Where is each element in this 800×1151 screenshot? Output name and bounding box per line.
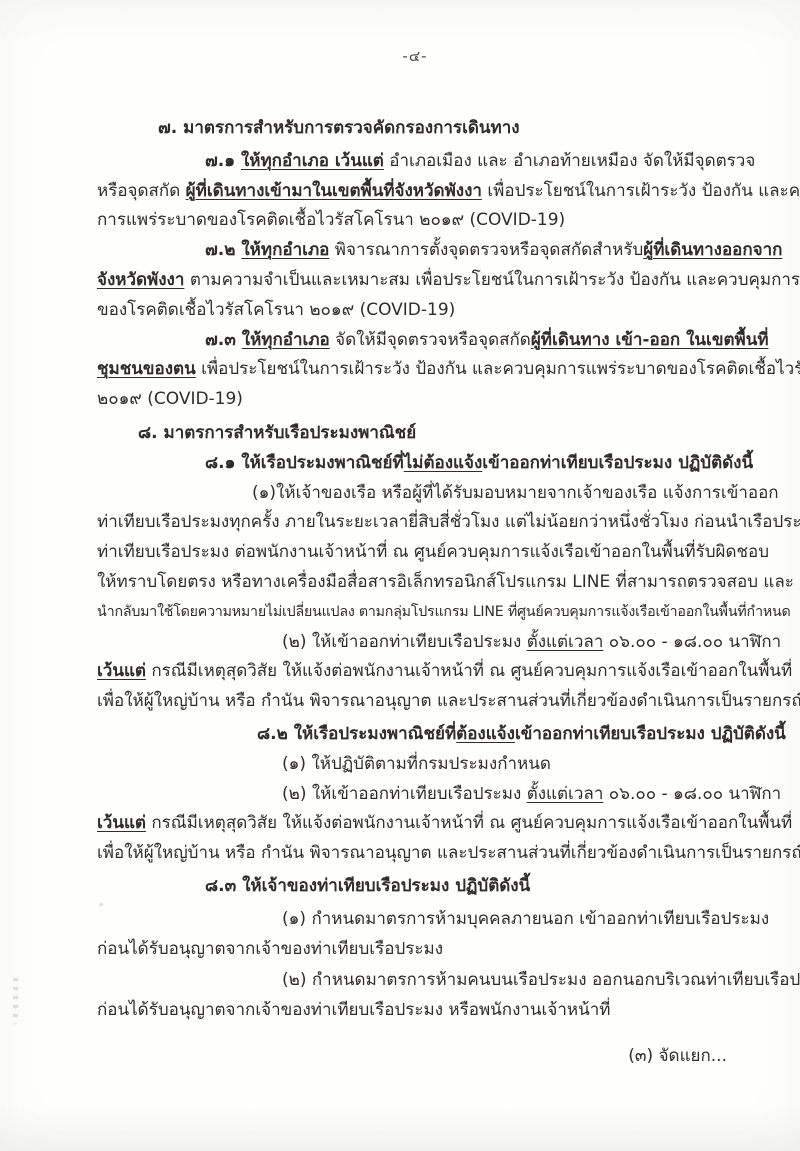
text-line: ของโรคติดเชื้อไวรัสโคโรนา ๒๐๑๙ (COVID-19… — [97, 296, 725, 326]
text-line: ชุมชนของตน เพื่อประโยชน์ในการเฝ้าระวัง ป… — [97, 355, 725, 385]
text-segment: หรือจุดสกัด — [97, 181, 186, 201]
text-segment: (๑) ให้ปฏิบัติตามที่กรมประมงกำหนด — [282, 754, 551, 774]
text-segment: ต้องแจ้ง — [456, 724, 515, 744]
text-segment: เพื่อประโยชน์ในการเฝ้าระวัง ป้องกัน และค… — [196, 359, 800, 379]
text-segment: เข้าออกท่าเทียบเรือประมง ปฏิบัติดังนี้ — [515, 724, 786, 744]
text-segment: เว้นแต่ — [97, 813, 146, 833]
text-line: ๗.๓ ให้ทุกอำเภอ จัดให้มีจุดตรวจหรือจุดสก… — [205, 326, 725, 356]
text-segment: การแพร่ระบาดของโรคติดเชื้อไวรัสโคโรนา ๒๐… — [97, 210, 565, 230]
text-segment: ๘.๑ ให้เรือประมงพาณิชย์ที่ — [205, 453, 404, 473]
text-segment: อำเภอเมือง และ อำเภอท้ายเหมือง จัดให้มีจ… — [384, 151, 755, 171]
text-segment: เพื่อให้ผู้ใหญ่บ้าน หรือ กำนัน พิจารณาอน… — [97, 691, 800, 711]
text-line: (๑) ให้ปฏิบัติตามที่กรมประมงกำหนด — [282, 750, 725, 780]
text-segment: เว้นแต่ — [97, 661, 146, 681]
text-segment: จัดให้มีจุดตรวจหรือจุดสกัด — [330, 330, 531, 350]
text-segment: ตามความจำเป็นและเหมาะสม เพื่อประโยชน์ในก… — [184, 270, 800, 290]
text-segment: พิจารณาการตั้งจุดตรวจหรือจุดสกัดสำหรับ — [329, 240, 643, 260]
text-segment: ๗. มาตรการสำหรับการตรวจคัดกรองการเดินทาง — [158, 118, 520, 138]
text-line: (๑)ให้เจ้าของเรือ หรือผู้ที่ได้รับมอบหมา… — [252, 479, 725, 509]
text-segment: ๒๐๑๙ (COVID-19) — [97, 389, 243, 409]
text-segment: ชุมชนของตน — [97, 359, 196, 379]
text-segment: ผู้ที่เดินทางเข้ามาในเขตพื้นที่จังหวัดพั… — [186, 181, 482, 201]
text-line: หรือจุดสกัด ผู้ที่เดินทางเข้ามาในเขตพื้น… — [97, 177, 725, 207]
text-segment: ก่อนได้รับอนุญาตจากเจ้าของท่าเทียบเรือปร… — [97, 939, 443, 959]
text-segment: (๒) กำหนดมาตรการห้ามคนบนเรือประมง ออกนอก… — [282, 970, 800, 990]
text-segment: เพื่อประโยชน์ในการเฝ้าระวัง ป้องกัน และค… — [482, 181, 800, 201]
scan-artifact-smudge — [13, 978, 18, 1024]
text-line: เพื่อให้ผู้ใหญ่บ้าน หรือ กำนัน พิจารณาอน… — [97, 839, 725, 869]
text-segment: (๒) ให้เข้าออกท่าเทียบเรือประมง — [282, 632, 527, 652]
text-line: ๘.๑ ให้เรือประมงพาณิชย์ที่ไม่ต้องแจ้งเข้… — [205, 449, 725, 479]
text-segment: ๘.๓ ให้เจ้าของท่าเทียบเรือประมง ปฏิบัติด… — [205, 876, 530, 896]
text-line: ก่อนได้รับอนุญาตจากเจ้าของท่าเทียบเรือปร… — [97, 996, 725, 1026]
scanned-page: -๔- ๗. มาตรการสำหรับการตรวจคัดกรองการเดิ… — [0, 0, 800, 1151]
text-line: ก่อนได้รับอนุญาตจากเจ้าของท่าเทียบเรือปร… — [97, 935, 725, 965]
text-segment: ผู้ที่เดินทางออกจาก — [643, 240, 782, 260]
text-segment: ท่าเทียบเรือประมงทุกครั้ง ภายในระยะเวลาย… — [97, 512, 800, 532]
text-segment: (๑)ให้เจ้าของเรือ หรือผู้ที่ได้รับมอบหมา… — [252, 483, 779, 503]
text-segment: ผู้ที่เดินทาง เข้า-ออก ในเขตพื้นที่ — [531, 330, 769, 350]
text-line: (๒) กำหนดมาตรการห้ามคนบนเรือประมง ออกนอก… — [282, 966, 725, 996]
text-segment: (๑) กำหนดมาตรการห้ามบุคคลภายนอก เข้าออกท… — [282, 909, 769, 929]
text-line: ๒๐๑๙ (COVID-19) — [97, 385, 725, 415]
text-segment: ท่าเทียบเรือประมง ต่อพนักงานเจ้าหน้าที่ … — [97, 542, 769, 562]
text-line: (๑) กำหนดมาตรการห้ามบุคคลภายนอก เข้าออกท… — [282, 905, 725, 935]
text-line: ๗. มาตรการสำหรับการตรวจคัดกรองการเดินทาง — [158, 114, 725, 144]
text-line: ๗.๑ ให้ทุกอำเภอ เว้นแต่ อำเภอเมือง และ อ… — [205, 147, 725, 177]
page-number: -๔- — [0, 44, 800, 68]
text-segment: ไม่ต้องแจ้ง — [404, 453, 483, 473]
text-segment: ๗.๑ — [205, 151, 241, 171]
text-segment: เพื่อให้ผู้ใหญ่บ้าน หรือ กำนัน พิจารณาอน… — [97, 843, 800, 863]
text-line: นำกลับมาใช้โดยความหมายไม่เปลี่ยนแปลง ตาม… — [97, 598, 725, 628]
text-line: จังหวัดพังงา ตามความจำเป็นและเหมาะสม เพื… — [97, 266, 725, 296]
text-segment: ๗.๒ — [205, 240, 241, 260]
text-segment: (๒) ให้เข้าออกท่าเทียบเรือประมง — [282, 784, 527, 804]
text-segment: ให้ทุกอำเภอ — [241, 240, 329, 260]
text-segment: ๘. มาตรการสำหรับเรือประมงพาณิชย์ — [138, 423, 416, 443]
text-line: เว้นแต่ กรณีมีเหตุสุดวิสัย ให้แจ้งต่อพนั… — [97, 809, 725, 839]
text-line: (๒) ให้เข้าออกท่าเทียบเรือประมง ตั้งแต่เ… — [282, 628, 725, 658]
text-segment: นำกลับมาใช้โดยความหมายไม่เปลี่ยนแปลง ตาม… — [97, 604, 791, 620]
text-segment: ตั้งแต่เวลา — [527, 632, 604, 652]
text-line: ท่าเทียบเรือประมงทุกครั้ง ภายในระยะเวลาย… — [97, 508, 725, 538]
text-segment: ๗.๓ — [205, 330, 242, 350]
text-line: การแพร่ระบาดของโรคติดเชื้อไวรัสโคโรนา ๒๐… — [97, 206, 725, 236]
text-line: เพื่อให้ผู้ใหญ่บ้าน หรือ กำนัน พิจารณาอน… — [97, 687, 725, 717]
text-line: ๘.๓ ให้เจ้าของท่าเทียบเรือประมง ปฏิบัติด… — [205, 872, 725, 902]
text-segment: ๘.๒ ให้เรือประมงพาณิชย์ที่ — [257, 724, 456, 744]
text-segment: กรณีมีเหตุสุดวิสัย ให้แจ้งต่อพนักงานเจ้า… — [146, 661, 792, 681]
text-segment: ให้ทุกอำเภอ — [242, 330, 330, 350]
text-line: เว้นแต่ กรณีมีเหตุสุดวิสัย ให้แจ้งต่อพนั… — [97, 657, 725, 687]
text-line: ๘.๒ ให้เรือประมงพาณิชย์ที่ต้องแจ้งเข้าออ… — [257, 720, 725, 750]
text-line: ๗.๒ ให้ทุกอำเภอ พิจารณาการตั้งจุดตรวจหรื… — [205, 236, 725, 266]
text-segment: ๐๖.๐๐ - ๑๘.๐๐ นาฬิกา — [603, 632, 781, 652]
catchword-footer: (๓) จัดแยก... — [628, 1042, 727, 1069]
text-segment: ตั้งแต่เวลา — [527, 784, 604, 804]
text-line: ๘. มาตรการสำหรับเรือประมงพาณิชย์ — [138, 419, 725, 449]
text-line: ท่าเทียบเรือประมง ต่อพนักงานเจ้าหน้าที่ … — [97, 538, 725, 568]
text-segment: ให้ทราบโดยตรง หรือทางเครื่องมือสื่อสารอิ… — [97, 572, 794, 592]
text-line: (๒) ให้เข้าออกท่าเทียบเรือประมง ตั้งแต่เ… — [282, 780, 725, 810]
text-segment: กรณีมีเหตุสุดวิสัย ให้แจ้งต่อพนักงานเจ้า… — [146, 813, 792, 833]
text-segment: ของโรคติดเชื้อไวรัสโคโรนา ๒๐๑๙ (COVID-19… — [97, 300, 455, 320]
text-segment: ๐๖.๐๐ - ๑๘.๐๐ นาฬิกา — [603, 784, 781, 804]
text-line: ให้ทราบโดยตรง หรือทางเครื่องมือสื่อสารอิ… — [97, 568, 725, 598]
text-segment: ก่อนได้รับอนุญาตจากเจ้าของท่าเทียบเรือปร… — [97, 1000, 610, 1020]
text-segment: ให้ทุกอำเภอ เว้นแต่ — [241, 151, 384, 171]
document-body: ๗. มาตรการสำหรับการตรวจคัดกรองการเดินทาง… — [97, 114, 725, 1026]
text-segment: จังหวัดพังงา — [97, 270, 184, 290]
text-segment: เข้าออกท่าเทียบเรือประมง ปฏิบัติดังนี้ — [482, 453, 753, 473]
scan-artifact-dot — [99, 903, 103, 906]
